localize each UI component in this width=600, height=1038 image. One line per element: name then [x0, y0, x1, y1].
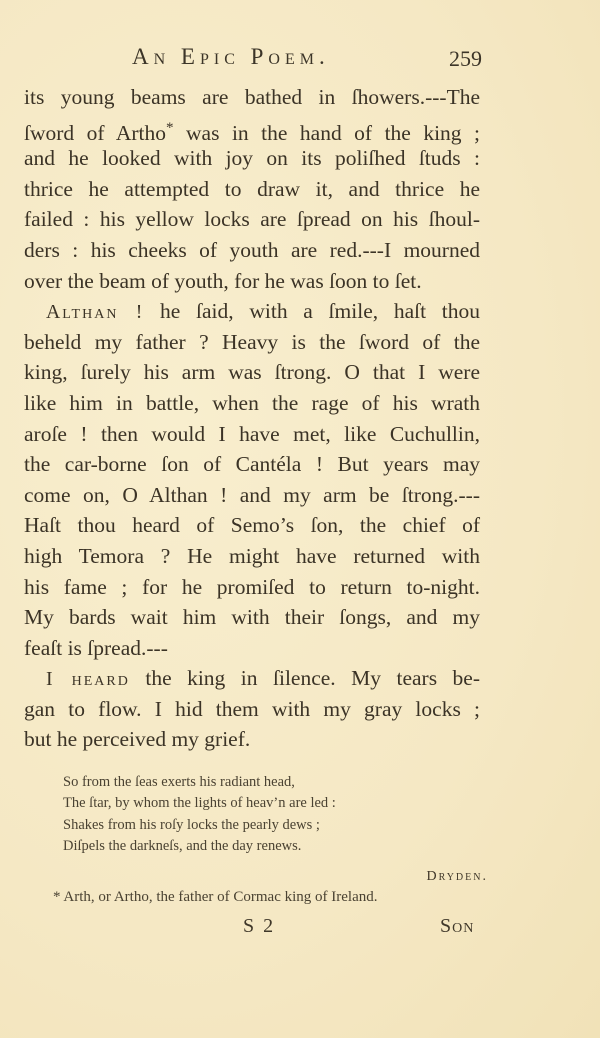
signature-mark: S 2 [243, 915, 275, 938]
text-line: its young beams are bathed in ſhowers.--… [24, 82, 480, 113]
text-line: king, ſurely his arm was ſtrong. O that … [24, 357, 480, 388]
text-line: failed : his yellow locks are ſpread on … [24, 204, 480, 235]
paragraph-start-line: Althan ! he ſaid, with a ſmile, haſt tho… [24, 296, 480, 327]
page-number: 259 [449, 46, 482, 72]
text-line: ders : his cheeks of youth are red.---I … [24, 235, 480, 266]
text-line: like him in battle, when the rage of his… [24, 388, 480, 419]
text-span: he ſaid, with a ſmile, haſt thou [160, 299, 480, 323]
paragraph-start-line: I heard the king in ſilence. My tears be… [24, 663, 480, 694]
text-line: the car-borne ſon of Cantéla ! But years… [24, 449, 480, 480]
text-span: the king in ſilence. My tears be- [145, 666, 480, 690]
text-line: My bards wait him with their ſongs, and … [24, 602, 480, 633]
verse-line: So from the ſeas exerts his radiant head… [63, 772, 463, 793]
text-line: over the beam of youth, for he was ſoon … [24, 266, 480, 297]
smallcaps-lead: Althan ! [46, 301, 144, 323]
text-line: feaſt is ſpread.--- [24, 633, 480, 664]
text-line: Haſt thou heard of Semo’s ſon, the chief… [24, 510, 480, 541]
text-line: aroſe ! then would I have met, like Cuch… [24, 419, 480, 450]
running-title: An Epic Poem. [132, 44, 330, 70]
body-text: its young beams are bathed in ſhowers.--… [24, 82, 480, 755]
catchword: Son [440, 915, 474, 938]
text-line: ſword of Artho* was in the hand of the k… [24, 113, 480, 144]
footnote-marker: * [166, 120, 174, 136]
text-line: beheld my father ? Heavy is the ſword of… [24, 327, 480, 358]
quote-attribution: Dryden. [426, 869, 488, 885]
verse-line: Diſpels the darkneſs, and the day renews… [63, 836, 463, 857]
footnote: * Arth, or Artho, the father of Cormac k… [53, 889, 483, 906]
text-line: thrice he attempted to draw it, and thri… [24, 174, 480, 205]
verse-line: Shakes from his roſy locks the pearly de… [63, 815, 463, 836]
smallcaps-lead: I heard [46, 668, 130, 690]
text-line: and he looked with joy on its poliſhed ſ… [24, 143, 480, 174]
text-line: but he perceived my grief. [24, 724, 480, 755]
text-span: ſword of Artho [24, 121, 166, 145]
verse-line: The ſtar, by whom the lights of heav’n a… [63, 793, 463, 814]
running-head: An Epic Poem. 259 [132, 44, 482, 78]
book-page: An Epic Poem. 259 its young beams are ba… [0, 0, 600, 1038]
text-line: his fame ; for he promiſed to return to-… [24, 572, 480, 603]
text-span: was in the hand of the king ; [174, 121, 480, 145]
text-line: high Temora ? He might have returned wit… [24, 541, 480, 572]
verse-quotation: So from the ſeas exerts his radiant head… [63, 772, 463, 858]
text-line: gan to flow. I hid them with my gray loc… [24, 694, 480, 725]
text-line: come on, O Althan ! and my arm be ſtrong… [24, 480, 480, 511]
